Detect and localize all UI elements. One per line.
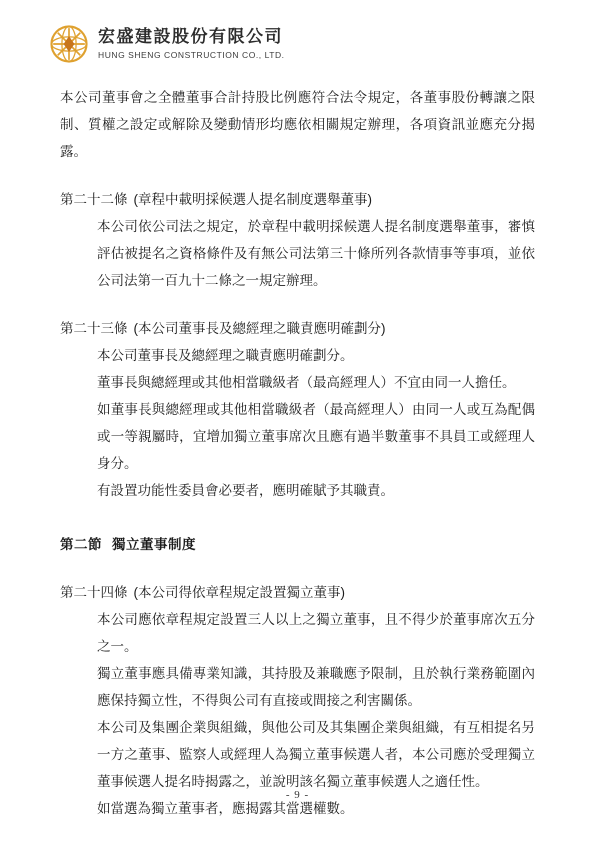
article-24-paragraph: 本公司及集團企業與組織，與他公司及其集團企業與組織，有互相提名另一方之董事、監察… [97, 714, 535, 795]
article-23-title: (本公司董事長及總經理之職責應明確劃分) [134, 321, 386, 336]
article-22-number: 第二十二條 [60, 192, 128, 207]
article-23-paragraph: 有設置功能性委員會必要者，應明確賦予其職責。 [97, 477, 535, 504]
page-footer: - 9 - [0, 789, 595, 801]
company-logo-icon [49, 24, 89, 64]
section-heading-title: 獨立董事制度 [112, 537, 196, 552]
article-22-heading: 第二十二條(章程中載明採候選人提名制度選舉董事) [60, 186, 535, 213]
article-24-heading: 第二十四條(本公司得依章程規定設置獨立董事) [60, 579, 535, 606]
article-24: 第二十四條(本公司得依章程規定設置獨立董事) 本公司應依章程規定設置三人以上之獨… [60, 579, 535, 822]
document-page: 宏盛建設股份有限公司 HUNG SHENG CONSTRUCTION CO., … [0, 0, 595, 842]
article-24-paragraph: 本公司應依章程規定設置三人以上之獨立董事，且不得少於董事席次五分之一。 [97, 606, 535, 660]
article-23-paragraph: 董事長與總經理或其他相當職級者（最高經理人）不宜由同一人擔任。 [97, 369, 535, 396]
section-heading-number: 第二節 [60, 537, 102, 552]
article-22-paragraph: 本公司依公司法之規定，於章程中載明採候選人提名制度選舉董事，審慎評估被提名之資格… [97, 213, 535, 294]
document-body: 本公司董事會之全體董事合計持股比例應符合法令規定，各董事股份轉讓之限制、質權之設… [60, 84, 535, 822]
article-23-body: 本公司董事長及總經理之職責應明確劃分。 董事長與總經理或其他相當職級者（最高經理… [97, 342, 535, 504]
section-heading: 第二節獨立董事制度 [60, 531, 535, 558]
article-22-title: (章程中載明採候選人提名制度選舉董事) [134, 192, 373, 207]
page-number: - 9 - [286, 789, 309, 801]
company-name-zh: 宏盛建設股份有限公司 [98, 27, 285, 47]
article-22-body: 本公司依公司法之規定，於章程中載明採候選人提名制度選舉董事，審慎評估被提名之資格… [97, 213, 535, 294]
article-24-title: (本公司得依章程規定設置獨立董事) [134, 585, 346, 600]
company-name-en: HUNG SHENG CONSTRUCTION CO., LTD. [98, 50, 285, 60]
article-23: 第二十三條(本公司董事長及總經理之職責應明確劃分) 本公司董事長及總經理之職責應… [60, 315, 535, 504]
article-23-paragraph: 本公司董事長及總經理之職責應明確劃分。 [97, 342, 535, 369]
company-name-block: 宏盛建設股份有限公司 HUNG SHENG CONSTRUCTION CO., … [98, 24, 285, 60]
article-24-number: 第二十四條 [60, 585, 128, 600]
article-23-heading: 第二十三條(本公司董事長及總經理之職責應明確劃分) [60, 315, 535, 342]
article-24-paragraph: 獨立董事應具備專業知識，其持股及兼職應予限制，且於執行業務範圍內應保持獨立性，不… [97, 660, 535, 714]
article-23-number: 第二十三條 [60, 321, 128, 336]
letterhead: 宏盛建設股份有限公司 HUNG SHENG CONSTRUCTION CO., … [49, 24, 285, 64]
article-22: 第二十二條(章程中載明採候選人提名制度選舉董事) 本公司依公司法之規定，於章程中… [60, 186, 535, 294]
article-23-paragraph: 如董事長與總經理或其他相當職級者（最高經理人）由同一人或互為配偶或一等親屬時，宜… [97, 396, 535, 477]
intro-paragraph: 本公司董事會之全體董事合計持股比例應符合法令規定，各董事股份轉讓之限制、質權之設… [60, 84, 535, 165]
